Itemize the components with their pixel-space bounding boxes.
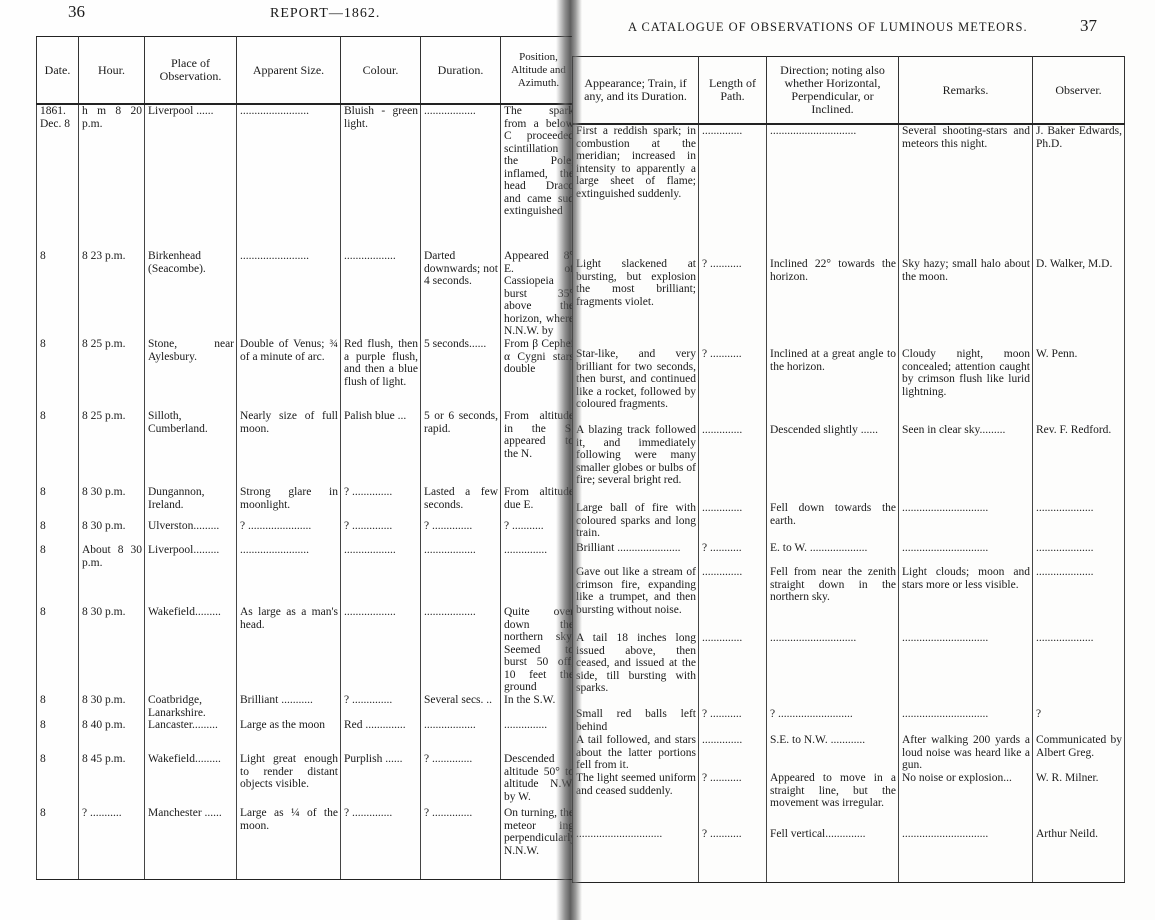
cell-length: ? ...........: [699, 828, 767, 882]
table-row: 8 8 30 p.m. Wakefield......... As large …: [37, 606, 577, 694]
cell-remarks: ..............................: [899, 708, 1033, 734]
left-observations-table: Date. Hour. Place of Observation. Appare…: [36, 36, 577, 880]
cell-date: 8: [37, 250, 79, 338]
table-row: 8 8 30 p.m. Ulverston......... ? .......…: [37, 520, 577, 544]
cell-colour: ..................: [341, 606, 421, 694]
cell-length: ? ...........: [699, 258, 767, 348]
col-header-direction: Direction; noting also whether Horizonta…: [767, 57, 899, 125]
cell-observer: ?: [1033, 708, 1125, 734]
cell-appearance: Light slackened at bursting, but explosi…: [573, 258, 699, 348]
cell-hour: 8 45 p.m.: [79, 753, 145, 807]
cell-size: Double of Venus; ¾ of a minute of arc.: [237, 338, 341, 410]
cell-size: Brilliant ...........: [237, 694, 341, 719]
cell-hour: 8 30 p.m.: [79, 520, 145, 544]
cell-colour: Palish blue ...: [341, 410, 421, 486]
cell-place: Liverpool ......: [145, 104, 237, 250]
col-header-appearance: Appearance; Train, if any, and its Durat…: [573, 57, 699, 125]
cell-colour: ..................: [341, 250, 421, 338]
cell-date: 8: [37, 807, 79, 879]
cell-appearance: Brilliant ......................: [573, 542, 699, 566]
cell-length: ..............: [699, 566, 767, 632]
right-page: A CATALOGUE OF OBSERVATIONS OF LUMINOUS …: [572, 0, 1155, 920]
cell-place: Lancaster.........: [145, 719, 237, 753]
cell-size: ........................: [237, 250, 341, 338]
cell-direction: Fell down towards the earth.: [767, 502, 899, 542]
table-row: A tail followed, and stars about the lat…: [573, 734, 1125, 772]
cell-size: As large as a man's head.: [237, 606, 341, 694]
cell-size: Light great enough to render distant obj…: [237, 753, 341, 807]
cell-colour: ? ..............: [341, 807, 421, 879]
cell-observer: J. Baker Edwards, Ph.D.: [1033, 124, 1125, 258]
cell-date: 8: [37, 606, 79, 694]
cell-date: 8: [37, 753, 79, 807]
cell-duration: 5 seconds......: [421, 338, 501, 410]
cell-observer: W. Penn.: [1033, 348, 1125, 424]
cell-direction: S.E. to N.W. ............: [767, 734, 899, 772]
cell-size: ? ......................: [237, 520, 341, 544]
col-header-colour: Colour.: [341, 37, 421, 105]
table-row: Small red balls left behind ? ..........…: [573, 708, 1125, 734]
cell-remarks: No noise or explosion...: [899, 772, 1033, 828]
cell-place: Wakefield.........: [145, 753, 237, 807]
cell-colour: ..................: [341, 544, 421, 606]
cell-size: Strong glare in moonlight.: [237, 486, 341, 520]
cell-size: Large as the moon: [237, 719, 341, 753]
cell-size: ........................: [237, 544, 341, 606]
cell-place: Wakefield.........: [145, 606, 237, 694]
cell-direction: Inclined at a great angle to the horizon…: [767, 348, 899, 424]
cell-remarks: Cloudy night, moon concealed; attention …: [899, 348, 1033, 424]
left-page: 36 REPORT—1862. Date. Hour. Place of Obs…: [0, 0, 572, 920]
cell-length: ..............: [699, 124, 767, 258]
cell-colour: Red flush, then a purple flush, and then…: [341, 338, 421, 410]
cell-length: ..............: [699, 502, 767, 542]
table-row: 8 8 25 p.m. Stone, near Aylesbury. Doubl…: [37, 338, 577, 410]
cell-direction: ..............................: [767, 632, 899, 708]
cell-hour: About 8 30 p.m.: [79, 544, 145, 606]
cell-duration: Darted downwards; not 4 seconds.: [421, 250, 501, 338]
cell-observer: ....................: [1033, 542, 1125, 566]
page-number-right: 37: [1080, 16, 1097, 36]
cell-size: Large as ¼ of the moon.: [237, 807, 341, 879]
cell-appearance: Small red balls left behind: [573, 708, 699, 734]
col-header-date: Date.: [37, 37, 79, 105]
cell-appearance: Large ball of fire with coloured sparks …: [573, 502, 699, 542]
cell-direction: Inclined 22° towards the horizon.: [767, 258, 899, 348]
running-head-left: REPORT—1862.: [270, 6, 380, 22]
table-row: Brilliant ...................... ? .....…: [573, 542, 1125, 566]
running-head-right: A CATALOGUE OF OBSERVATIONS OF LUMINOUS …: [628, 20, 1028, 35]
cell-remarks: ..............................: [899, 828, 1033, 882]
cell-hour: 8 25 p.m.: [79, 410, 145, 486]
cell-date: 8: [37, 410, 79, 486]
cell-remarks: ..............................: [899, 542, 1033, 566]
cell-date: 8: [37, 544, 79, 606]
table-row: 8 ? ........... Manchester ...... Large …: [37, 807, 577, 879]
cell-direction: ..............................: [767, 124, 899, 258]
cell-direction: Fell vertical..............: [767, 828, 899, 882]
cell-length: ? ...........: [699, 708, 767, 734]
cell-place: Manchester ......: [145, 807, 237, 879]
cell-colour: ? ..............: [341, 486, 421, 520]
cell-observer: ....................: [1033, 632, 1125, 708]
cell-remarks: Sky hazy; small halo about the moon.: [899, 258, 1033, 348]
cell-direction: Descended slightly ......: [767, 424, 899, 502]
cell-duration: Several secs. ..: [421, 694, 501, 719]
cell-length: ? ...........: [699, 772, 767, 828]
cell-direction: ? ..........................: [767, 708, 899, 734]
cell-duration: ..................: [421, 544, 501, 606]
table-row: 8 8 23 p.m. Birkenhead (Seacombe). .....…: [37, 250, 577, 338]
cell-hour: 8 30 p.m.: [79, 694, 145, 719]
cell-direction: Fell from near the zenith straight down …: [767, 566, 899, 632]
cell-duration: ..................: [421, 104, 501, 250]
table-row: Gave out like a stream of crimson fire, …: [573, 566, 1125, 632]
cell-observer: ....................: [1033, 502, 1125, 542]
cell-place: Dungannon, Ireland.: [145, 486, 237, 520]
table-row: First a reddish spark; in combustion at …: [573, 124, 1125, 258]
cell-remarks: ..............................: [899, 632, 1033, 708]
table-row: 8 8 30 p.m. Dungannon, Ireland. Strong g…: [37, 486, 577, 520]
cell-hour: 8 23 p.m.: [79, 250, 145, 338]
col-header-duration: Duration.: [421, 37, 501, 105]
cell-date: 8: [37, 486, 79, 520]
cell-size: ........................: [237, 104, 341, 250]
right-header-row: Appearance; Train, if any, and its Durat…: [573, 57, 1125, 125]
cell-observer: Communicated by Albert Greg.: [1033, 734, 1125, 772]
cell-observer: ....................: [1033, 566, 1125, 632]
cell-appearance: First a reddish spark; in combustion at …: [573, 124, 699, 258]
cell-hour: 8 30 p.m.: [79, 486, 145, 520]
cell-duration: ..................: [421, 606, 501, 694]
cell-size: Nearly size of full moon.: [237, 410, 341, 486]
cell-remarks: After walking 200 yards a loud noise was…: [899, 734, 1033, 772]
cell-observer: W. R. Milner.: [1033, 772, 1125, 828]
cell-date: 1861. Dec. 8: [37, 104, 79, 250]
cell-remarks: Light clouds; moon and stars more or les…: [899, 566, 1033, 632]
table-row: 8 8 45 p.m. Wakefield......... Light gre…: [37, 753, 577, 807]
book-gutter-shadow: [556, 0, 582, 920]
col-header-hour: Hour.: [79, 37, 145, 105]
cell-duration: ? ..............: [421, 753, 501, 807]
col-header-remarks: Remarks.: [899, 57, 1033, 125]
cell-duration: ..................: [421, 719, 501, 753]
cell-date: 8: [37, 719, 79, 753]
cell-duration: ? ..............: [421, 807, 501, 879]
cell-observer: Rev. F. Redford.: [1033, 424, 1125, 502]
table-row: Large ball of fire with coloured sparks …: [573, 502, 1125, 542]
cell-duration: Lasted a few seconds.: [421, 486, 501, 520]
cell-length: ? ...........: [699, 542, 767, 566]
cell-duration: 5 or 6 seconds, rapid.: [421, 410, 501, 486]
cell-appearance: A tail 18 inches long issued above, then…: [573, 632, 699, 708]
cell-date: 8: [37, 694, 79, 719]
table-row: 8 About 8 30 p.m. Liverpool......... ...…: [37, 544, 577, 606]
col-header-place: Place of Observation.: [145, 37, 237, 105]
table-row: Light slackened at bursting, but explosi…: [573, 258, 1125, 348]
cell-colour: Bluish - green light.: [341, 104, 421, 250]
cell-remarks: Seen in clear sky.........: [899, 424, 1033, 502]
cell-colour: ? ..............: [341, 694, 421, 719]
cell-direction: Appeared to move in a straight line, but…: [767, 772, 899, 828]
col-header-observer: Observer.: [1033, 57, 1125, 125]
cell-remarks: ..............................: [899, 502, 1033, 542]
table-row: The light seemed uniform and ceased sudd…: [573, 772, 1125, 828]
cell-length: ? ...........: [699, 348, 767, 424]
table-row: 1861. Dec. 8 h m 8 20 p.m. Liverpool ...…: [37, 104, 577, 250]
cell-appearance: Star-like, and very brilliant for two se…: [573, 348, 699, 424]
col-header-size: Apparent Size.: [237, 37, 341, 105]
cell-length: ..............: [699, 734, 767, 772]
cell-remarks: Several shooting-stars and meteors this …: [899, 124, 1033, 258]
cell-hour: 8 40 p.m.: [79, 719, 145, 753]
cell-appearance: A blazing track followed it, and immedia…: [573, 424, 699, 502]
cell-appearance: ..............................: [573, 828, 699, 882]
cell-place: Liverpool.........: [145, 544, 237, 606]
cell-observer: Arthur Neild.: [1033, 828, 1125, 882]
cell-observer: D. Walker, M.D.: [1033, 258, 1125, 348]
cell-date: 8: [37, 338, 79, 410]
cell-place: Ulverston.........: [145, 520, 237, 544]
cell-hour: 8 30 p.m.: [79, 606, 145, 694]
col-header-length: Length of Path.: [699, 57, 767, 125]
right-observations-table: Appearance; Train, if any, and its Durat…: [572, 56, 1125, 883]
cell-place: Coatbridge, Lanarkshire.: [145, 694, 237, 719]
table-row: A tail 18 inches long issued above, then…: [573, 632, 1125, 708]
cell-appearance: The light seemed uniform and ceased sudd…: [573, 772, 699, 828]
table-row: 8 8 30 p.m. Coatbridge, Lanarkshire. Bri…: [37, 694, 577, 719]
cell-length: ..............: [699, 632, 767, 708]
table-row: A blazing track followed it, and immedia…: [573, 424, 1125, 502]
table-row: Star-like, and very brilliant for two se…: [573, 348, 1125, 424]
cell-place: Silloth, Cumberland.: [145, 410, 237, 486]
table-row: 8 8 40 p.m. Lancaster......... Large as …: [37, 719, 577, 753]
cell-hour: 8 25 p.m.: [79, 338, 145, 410]
cell-place: Birkenhead (Seacombe).: [145, 250, 237, 338]
table-row: 8 8 25 p.m. Silloth, Cumberland. Nearly …: [37, 410, 577, 486]
cell-hour: ? ...........: [79, 807, 145, 879]
cell-appearance: A tail followed, and stars about the lat…: [573, 734, 699, 772]
table-row: .............................. ? .......…: [573, 828, 1125, 882]
cell-place: Stone, near Aylesbury.: [145, 338, 237, 410]
cell-date: 8: [37, 520, 79, 544]
cell-duration: ? ..............: [421, 520, 501, 544]
page-number-left: 36: [68, 2, 85, 22]
cell-length: ..............: [699, 424, 767, 502]
cell-direction: E. to W. ....................: [767, 542, 899, 566]
cell-appearance: Gave out like a stream of crimson fire, …: [573, 566, 699, 632]
cell-colour: Red ..............: [341, 719, 421, 753]
left-header-row: Date. Hour. Place of Observation. Appare…: [37, 37, 577, 105]
cell-colour: ? ..............: [341, 520, 421, 544]
cell-colour: Purplish ......: [341, 753, 421, 807]
cell-hour: h m 8 20 p.m.: [79, 104, 145, 250]
